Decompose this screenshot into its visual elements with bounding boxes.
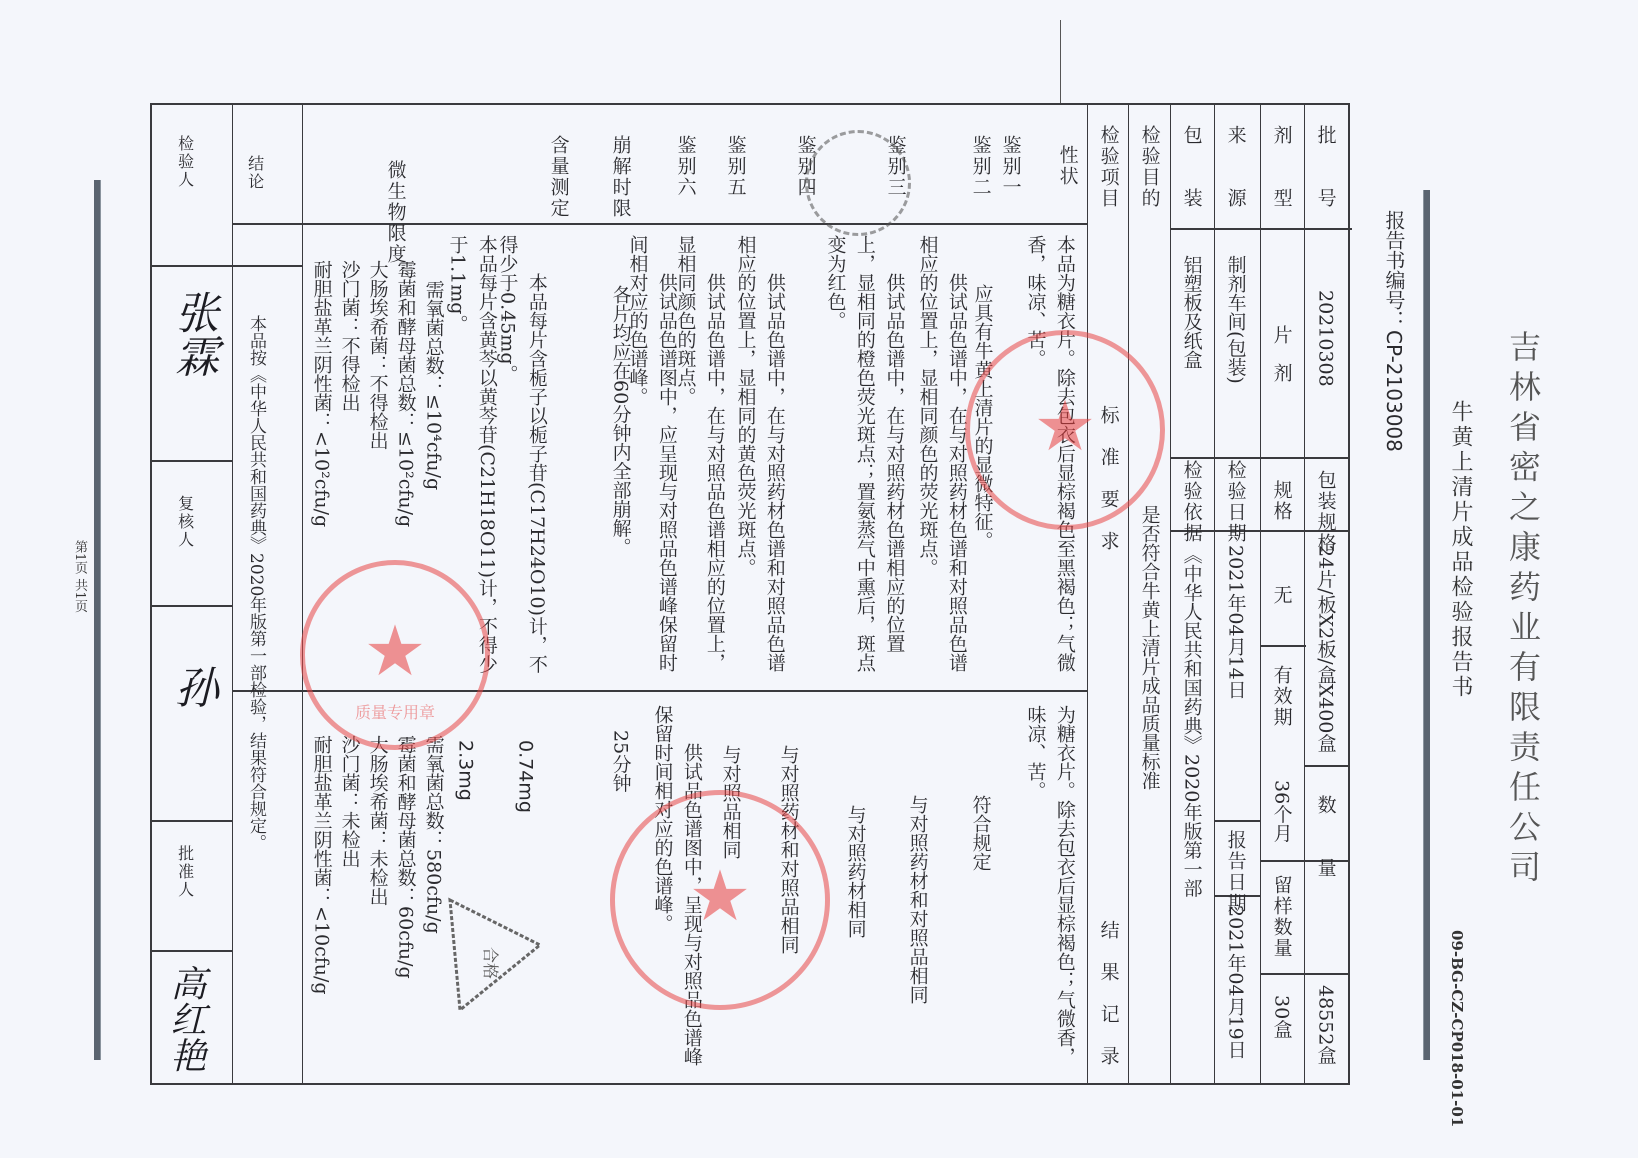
footer-rule [94, 180, 101, 1060]
svg-text:合格: 合格 [481, 947, 500, 979]
page-number: 第1页 共1页 [70, 540, 89, 613]
form-value: 片 剂 [1268, 325, 1294, 382]
basis-label: 检验依据 [1178, 460, 1204, 544]
result-assay-1: 0.74mg [512, 740, 538, 813]
result-micro-4: 沙门菌：未检出 [336, 735, 362, 868]
standard-id4: 供试品色谱中，在与对照药材色谱和对照品色谱相应的位置上，显相同的黄色荧光斑点。 [730, 235, 789, 675]
inspection-table: 批 号 20210308 包装规格 24片/板X2板/盒X400盒 数 量 48… [150, 103, 1350, 1085]
report-number: 报告书编号：CP-2103008 [1380, 210, 1409, 452]
purpose-value: 是否符合牛黄上清片成品质量标准 [1136, 505, 1162, 790]
batch-label: 批 号 [1312, 125, 1338, 209]
standard-micro-3: 大肠埃希菌：不得检出 [364, 260, 390, 450]
result-id3: 与对照药材相同 [842, 805, 868, 938]
batch-value: 20210308 [1312, 290, 1338, 387]
test-name-id5: 鉴别五 [722, 135, 748, 198]
result-micro-2: 霉菌和酵母菌总数：60cfu/g [392, 735, 418, 979]
validity-label: 有效期 [1268, 665, 1294, 728]
conclusion-label: 结论 [244, 155, 266, 191]
source-value: 制剂车间(包装) [1222, 255, 1248, 384]
result-id6: 供试品色谱图中，呈现与对照品色谱峰保留时间相对应的色谱峰。 [647, 705, 706, 1075]
result-appearance: 为糖衣片。除去包衣后显棕褐色；气微香，味凉、苦。 [1020, 705, 1079, 1075]
spec-label: 规格 [1268, 480, 1294, 522]
quantity-label: 数 量 [1312, 795, 1338, 879]
inspector-signature: 张霖 [160, 290, 224, 378]
standard-micro-1: 需氧菌总数：≤10⁴cfu/g [420, 280, 446, 490]
result-assay-2: 2.3mg [452, 740, 478, 801]
test-name-id4: 鉴别四 [792, 135, 818, 198]
column-item: 检验项目 [1095, 125, 1121, 209]
packaging-label: 包 装 [1178, 125, 1204, 209]
packaging-value: 铝塑板及纸盒 [1178, 255, 1204, 369]
header-rule [1423, 190, 1430, 1060]
pack-spec-value: 24片/板X2板/盒X400盒 [1312, 545, 1338, 752]
standard-id1: 应具有牛黄上清片的显微特征。 [967, 255, 996, 665]
report-number-label: 报告书编号： [1382, 210, 1406, 330]
column-standard: 标 准 要 求 [1095, 405, 1121, 552]
test-name-id3: 鉴别三 [882, 135, 908, 198]
test-name-assay: 含量测定 [545, 135, 571, 219]
report-date-label: 报告日期 [1222, 830, 1248, 914]
basis-value: 《中华人民共和国药典》2020年版第一部 [1178, 545, 1204, 897]
standard-disintegration: 各片均应在60分钟内全部崩解。 [607, 285, 633, 556]
document-code: 09-BG-CZ-CP018-01-01 [1448, 930, 1466, 1127]
reviewer-signature: 孙 [160, 665, 224, 709]
result-id2: 与对照药材和对照品相同 [904, 795, 930, 1004]
standard-id2: 供试品色谱中，在与对照药材色谱和对照品色谱相应的位置上，显相同颜色的荧光斑点。 [912, 235, 971, 675]
purpose-label: 检验目的 [1136, 125, 1162, 209]
test-name-microbial: 微生物限度 [382, 160, 408, 265]
qualified-mark-icon: 合格 [440, 890, 550, 1020]
approver-label: 批准人 [174, 845, 196, 899]
test-name-disintegration: 崩解时限 [607, 135, 633, 219]
result-disintegration: 25分钟 [607, 730, 633, 792]
result-id5: 与对照品相同 [717, 745, 743, 859]
scan-edge-line [1060, 20, 1061, 105]
test-name-appearance: 性状 [1054, 145, 1080, 187]
report-title: 牛黄上清片成品检验报告书 [1445, 400, 1476, 700]
result-micro-3: 大肠埃希菌：未检出 [364, 735, 390, 906]
report-date-value: 2021年04月19日 [1222, 905, 1248, 1059]
test-name-id1: 鉴别一 [997, 135, 1023, 198]
conclusion-text: 本品按《中华人民共和国药典》2020年版第一部检验，结果符合规定。 [244, 315, 267, 851]
reviewer-label: 复核人 [174, 495, 196, 549]
standard-assay-2: 本品每片含黄芩以黄芩苷(C21H18O11)计，不得少于1.1mg。 [442, 235, 501, 675]
approver-signature: 高红艳 [160, 965, 211, 1073]
standard-micro-2: 霉菌和酵母菌总数：≤10²cfu/g [392, 260, 418, 527]
standard-micro-5: 耐胆盐革兰阴性菌：<10²cfu/g [308, 260, 334, 527]
test-date-label: 检验日期 [1222, 460, 1248, 544]
form-label: 剂 型 [1268, 125, 1294, 209]
standard-appearance: 本品为糖衣片。除去包衣后显棕褐色至黑褐色；气微香，味凉、苦。 [1020, 235, 1079, 675]
retained-label: 留样数量 [1268, 875, 1294, 959]
result-micro-5: 耐胆盐革兰阴性菌：<10cfu/g [308, 735, 334, 995]
test-name-id6: 鉴别六 [672, 135, 698, 198]
report-number-value: CP-2103008 [1382, 330, 1406, 452]
result-id4: 与对照药材和对照品相同 [775, 745, 801, 954]
standard-id3: 供试品色谱中，在与对照药材色谱相应的位置上，显相同的橙色荧光斑点；置氨蒸气中熏后… [820, 235, 908, 675]
source-label: 来 源 [1222, 125, 1248, 209]
inspector-label: 检验人 [174, 135, 196, 189]
quantity-value: 48552盒 [1312, 985, 1338, 1064]
test-name-id2: 鉴别二 [967, 135, 993, 198]
pack-spec-label: 包装规格 [1312, 470, 1338, 554]
company-name: 吉林省密之康药业有限责任公司 [1500, 330, 1546, 890]
retained-value: 30盒 [1268, 995, 1294, 1038]
result-id1: 符合规定 [967, 795, 993, 871]
standard-micro-4: 沙门菌：不得检出 [336, 260, 362, 412]
column-result: 结 果 记 录 [1095, 920, 1121, 1067]
validity-value: 36个月 [1268, 780, 1294, 842]
spec-value: 无 [1268, 585, 1294, 604]
test-date-value: 2021年04月14日 [1222, 545, 1248, 699]
